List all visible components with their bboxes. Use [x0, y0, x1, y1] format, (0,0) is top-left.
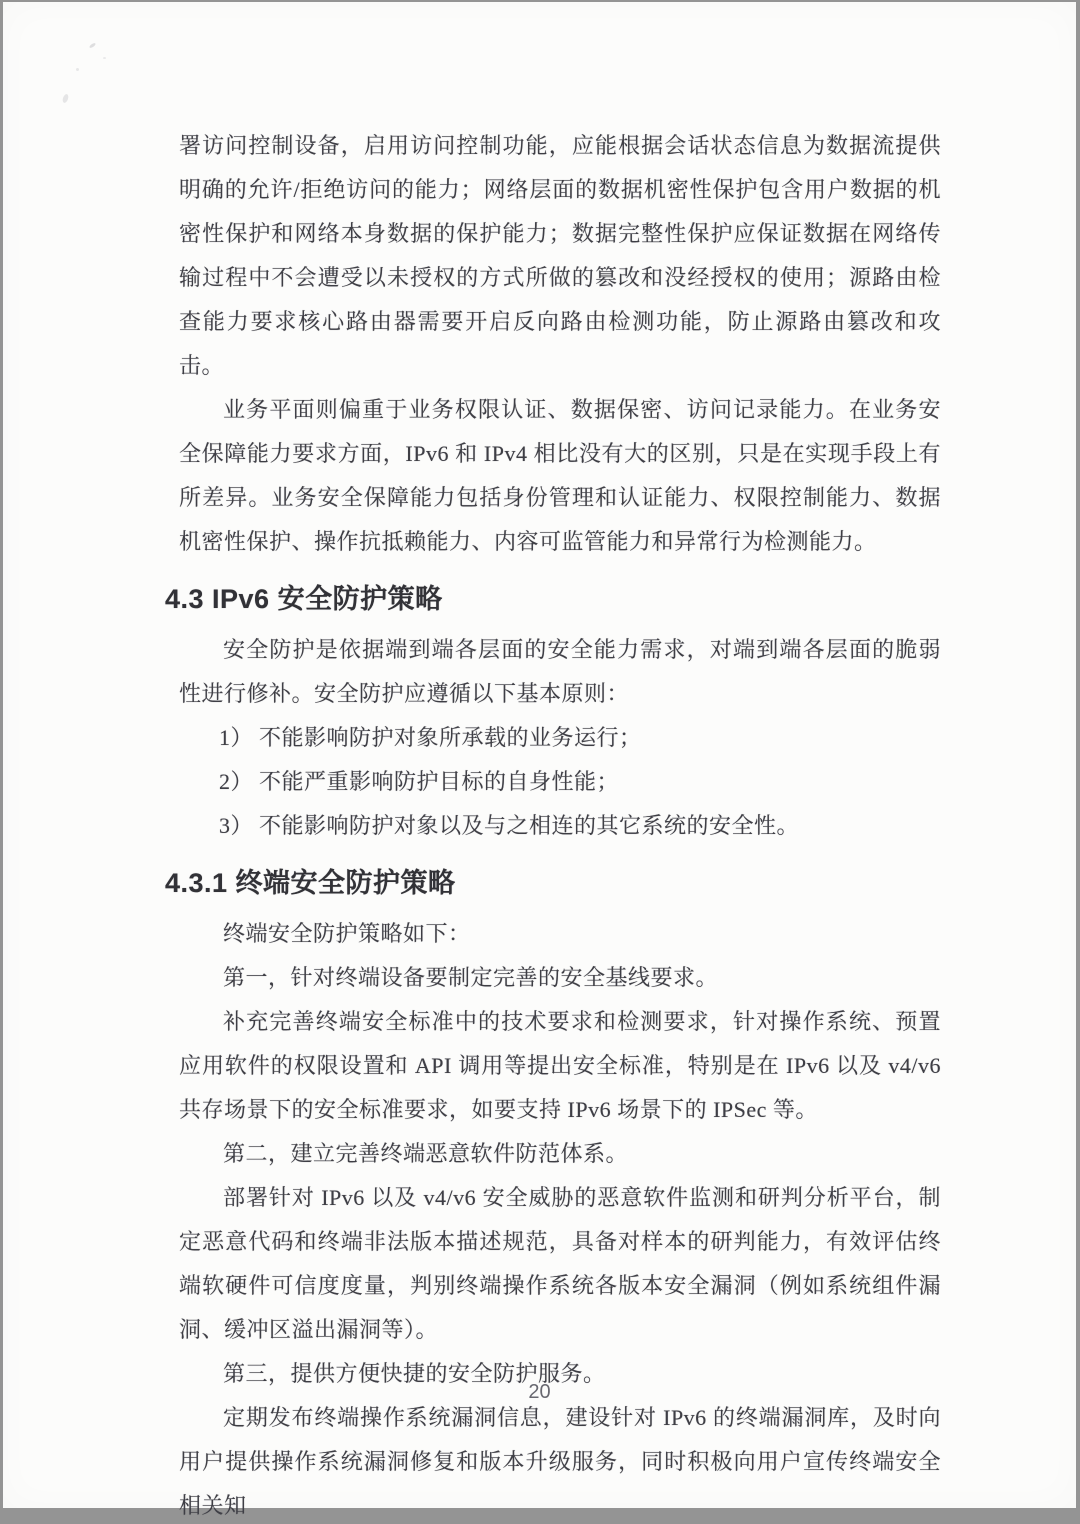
- scan-artifact: [89, 42, 96, 48]
- section-heading-4-3: 4.3 IPv6 安全防护策略: [165, 577, 941, 621]
- list-item-principle-1: 1） 不能影响防护对象所承载的业务运行；: [179, 716, 941, 760]
- page-content: 署访问控制设备，启用访问控制功能，应能根据会话状态信息为数据流提供明确的允许/拒…: [179, 124, 941, 1524]
- paragraph-second-point: 第二，建立完善终端恶意软件防范体系。: [179, 1132, 941, 1176]
- paragraph-terminal-intro: 终端安全防护策略如下：: [179, 912, 941, 956]
- scan-artifact: [62, 93, 70, 103]
- list-item-principle-2: 2） 不能严重影响防护目标的自身性能；: [179, 760, 941, 804]
- page-number: 20: [3, 1380, 1076, 1404]
- scan-artifact: [76, 68, 79, 71]
- scanned-document-screenshot: { "document": { "colors": { "page_backgr…: [0, 0, 1080, 1524]
- section-heading-4-3-1: 4.3.1 终端安全防护策略: [165, 861, 941, 905]
- paragraph-network-plane-continued: 署访问控制设备，启用访问控制功能，应能根据会话状态信息为数据流提供明确的允许/拒…: [179, 124, 941, 388]
- paragraph-third-detail: 定期发布终端操作系统漏洞信息，建设针对 IPv6 的终端漏洞库，及时向用户提供操…: [179, 1396, 941, 1524]
- document-page: 署访问控制设备，启用访问控制功能，应能根据会话状态信息为数据流提供明确的允许/拒…: [3, 2, 1076, 1508]
- paragraph-first-detail: 补充完善终端安全标准中的技术要求和检测要求，针对操作系统、预置应用软件的权限设置…: [179, 1000, 941, 1132]
- paragraph-principles-intro: 安全防护是依据端到端各层面的安全能力需求，对端到端各层面的脆弱性进行修补。安全防…: [179, 628, 941, 716]
- list-item-principle-3: 3） 不能影响防护对象以及与之相连的其它系统的安全性。: [179, 804, 941, 848]
- paragraph-second-detail: 部署针对 IPv6 以及 v4/v6 安全威胁的恶意软件监测和研判分析平台，制定…: [179, 1176, 941, 1352]
- scan-artifact: [103, 57, 106, 59]
- paragraph-first-point: 第一，针对终端设备要制定完善的安全基线要求。: [179, 956, 941, 1000]
- paragraph-service-plane: 业务平面则偏重于业务权限认证、数据保密、访问记录能力。在业务安全保障能力要求方面…: [179, 388, 941, 564]
